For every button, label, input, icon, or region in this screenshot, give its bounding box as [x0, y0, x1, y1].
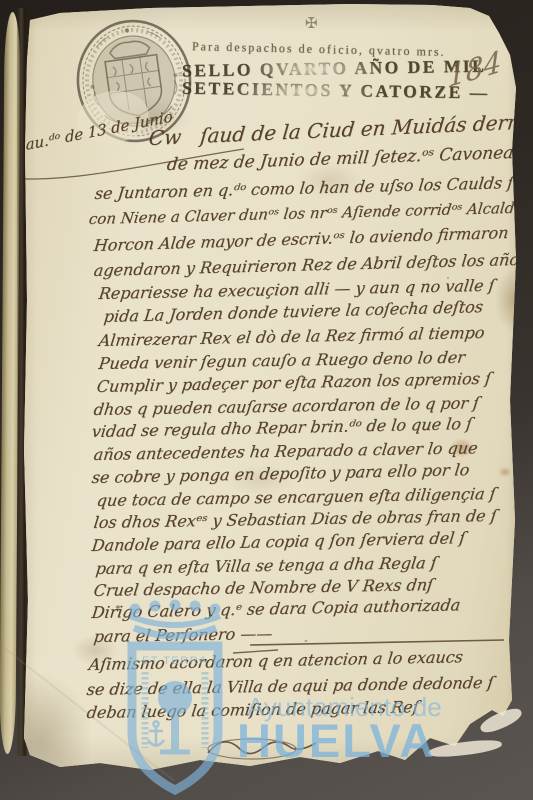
huelva-coat-of-arms-watermark: ET TERRA — [120, 598, 230, 796]
watermark-motto: ET TERRA — [142, 655, 208, 667]
manuscript-line: vidad se regula dho Repar brin.ᵈᵒ de lo … — [91, 414, 473, 441]
manuscript-line: se Juntaron en q.ᵈᵒ como lo han de uſso … — [94, 173, 515, 203]
folio-number: 184 — [447, 44, 501, 94]
stamp-sello-line2: SETECIENTOS Y CATORZE — — [182, 78, 490, 104]
manuscript-line: Horcon Alde mayor de escriv.ᵒˢ lo aviend… — [93, 223, 510, 255]
manuscript-line: se cobre y ponga en depoſito y para ello… — [91, 460, 471, 487]
manuscript-sheet: Para despachos de oficio, qvatro mrs. SE… — [0, 0, 533, 800]
manuscript-line: Cumplir y padeçer por eſta Razon los apr… — [96, 369, 492, 396]
archival-photo: Para despachos de oficio, qvatro mrs. SE… — [0, 0, 533, 800]
manuscript-line: Almirezerar Rex el dò de la Rez firmó al… — [98, 323, 486, 350]
watermark-city-name: HUELVA — [237, 713, 435, 768]
manuscript-line: Pueda venir ſegun cauſo a Ruego deno lo … — [98, 348, 466, 373]
manuscript-line: Dandole para ello La copia q ſon ſervier… — [91, 528, 467, 555]
manuscript-line: para q en eſta Villa se tenga a dha Regl… — [95, 553, 438, 578]
cross-mark-icon: ✠ — [305, 14, 318, 33]
torn-edge-fibres — [427, 738, 502, 760]
stamp-year-text: SETECIENTOS Y CATORZE — [182, 78, 463, 102]
